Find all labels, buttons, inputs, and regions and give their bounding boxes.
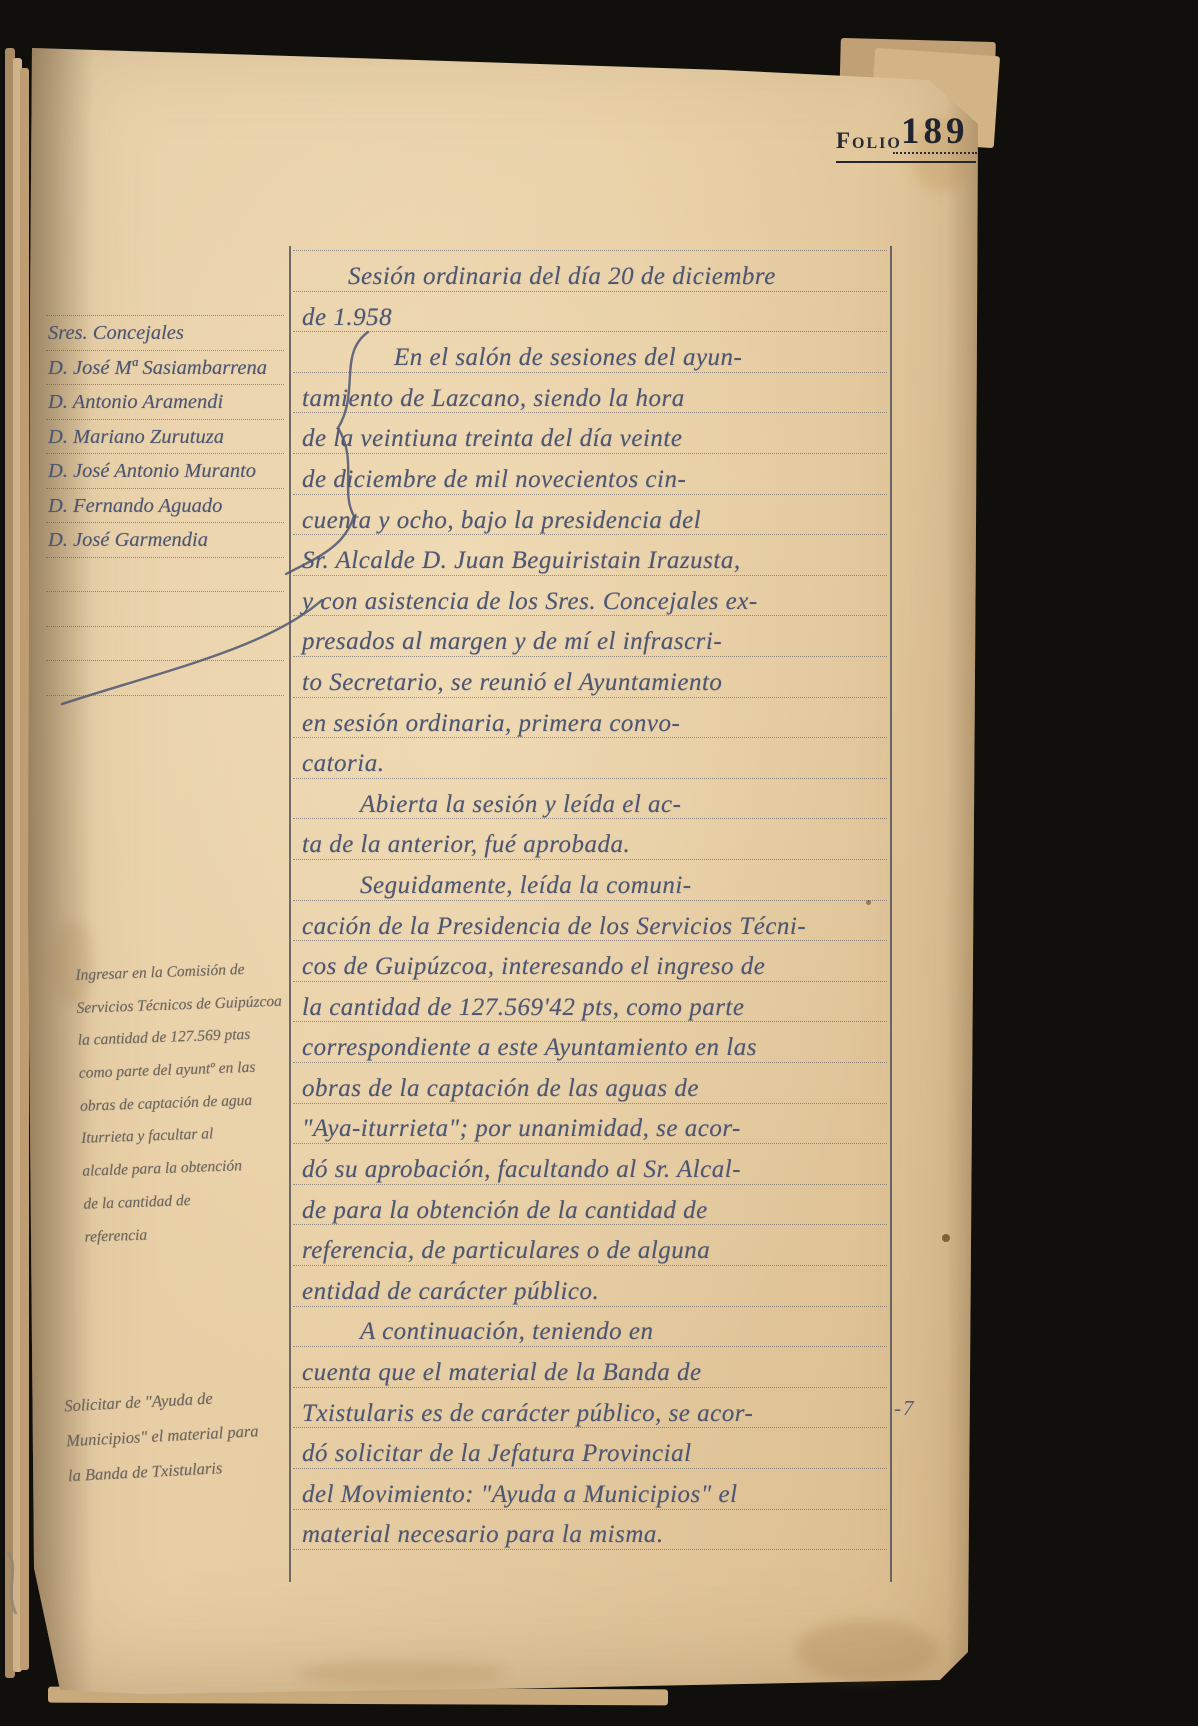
manuscript-line: de la veintiuna treinta del día veinte <box>302 419 890 460</box>
manuscript-line: Sesión ordinaria del día 20 de diciembre <box>302 257 890 298</box>
manuscript-line: Abierta la sesión y leída el ac- <box>302 785 890 826</box>
manuscript-line: to Secretario, se reunió el Ayuntamiento <box>302 663 890 704</box>
manuscript-line: Seguidamente, leída la comuni- <box>302 866 890 907</box>
ruled-dotted-line <box>293 250 887 251</box>
manuscript-line: de diciembre de mil novecientos cin- <box>302 460 890 501</box>
manuscript-line: entidad de carácter público. <box>302 1272 890 1313</box>
manuscript-line: tamiento de Lazcano, siendo la hora <box>302 379 890 420</box>
margin-councilors-list: D. José Mª SasiambarrenaD. Antonio Arame… <box>48 351 294 558</box>
manuscript-line: referencia, de particulares o de alguna <box>302 1231 890 1272</box>
ruled-dotted-line <box>46 695 284 696</box>
ruled-dotted-line <box>46 660 284 661</box>
manuscript-line: "Aya-iturrieta"; por unanimidad, se acor… <box>302 1109 890 1150</box>
manuscript-line: obras de la captación de las aguas de <box>302 1069 890 1110</box>
paper-stain <box>296 1660 506 1686</box>
margin-councilor-name: D. Mariano Zurutuza <box>48 420 294 455</box>
scanned-document-page: { "folio": { "label": "Folio", "number":… <box>0 0 1198 1726</box>
margin-councilors-block: Sres. Concejales D. José Mª Sasiambarren… <box>48 316 294 558</box>
margin-vertical-rule-right <box>890 246 892 1582</box>
manuscript-line: cos de Guipúzcoa, interesando el ingreso… <box>302 947 890 988</box>
manuscript-body: Sesión ordinaria del día 20 de diciembre… <box>302 257 890 1556</box>
manuscript-line: A continuación, teniendo en <box>302 1312 890 1353</box>
page-ref-mark: -7 <box>894 1396 916 1421</box>
manuscript-line: cación de la Presidencia de los Servicio… <box>302 907 890 948</box>
manuscript-line: y con asistencia de los Sres. Concejales… <box>302 582 890 623</box>
manuscript-line: de para la obtención de la cantidad de <box>302 1191 890 1232</box>
ink-speck <box>942 1234 950 1242</box>
margin-councilor-name: D. Fernando Aguado <box>48 489 294 524</box>
margin-councilor-name: D. José Mª Sasiambarrena <box>48 351 294 386</box>
manuscript-line: dó su aprobación, facultando al Sr. Alca… <box>302 1150 890 1191</box>
folio-stamp-number: 189 <box>901 110 969 153</box>
paper-stain <box>796 1620 936 1682</box>
margin-councilor-name: D. José Garmendia <box>48 523 294 558</box>
manuscript-line: dó solicitar de la Jefatura Provincial <box>302 1434 890 1475</box>
margin-councilor-name: D. José Antonio Muranto <box>48 454 294 489</box>
margin-note-banda: Solicitar de "Ayuda deMunicipios" el mat… <box>63 1376 308 1493</box>
manuscript-line: presados al margen y de mí el infrascri- <box>302 622 890 663</box>
manuscript-line: cuenta que el material de la Banda de <box>302 1353 890 1394</box>
manuscript-line: de 1.958 <box>302 298 890 339</box>
book-page-edge <box>20 68 29 1670</box>
ruled-dotted-line <box>46 626 284 627</box>
margin-councilor-name: D. Antonio Aramendi <box>48 385 294 420</box>
manuscript-line: del Movimiento: "Ayuda a Municipios" el <box>302 1475 890 1516</box>
manuscript-line: ta de la anterior, fué aprobada. <box>302 825 890 866</box>
margin-councilors-header: Sres. Concejales <box>48 316 294 351</box>
folio-stamp-label: Folio <box>836 128 902 154</box>
manuscript-line: correspondiente a este Ayuntamiento en l… <box>302 1028 890 1069</box>
margin-note-aguas: Ingresar en la Comisión deServicios Técn… <box>75 952 305 1254</box>
folio-dotted-underline <box>893 152 977 154</box>
manuscript-line: Sr. Alcalde D. Juan Beguiristain Irazust… <box>302 541 890 582</box>
manuscript-line: material necesario para la misma. <box>302 1515 890 1556</box>
manuscript-line: Txistularis es de carácter público, se a… <box>302 1394 890 1435</box>
manuscript-line: cuenta y ocho, bajo la presidencia del <box>302 501 890 542</box>
ruled-dotted-line <box>46 591 284 592</box>
folio-underline <box>836 161 976 163</box>
manuscript-line: En el salón de sesiones del ayun- <box>302 338 890 379</box>
manuscript-line: en sesión ordinaria, primera convo- <box>302 704 890 745</box>
manuscript-line: la cantidad de 127.569'42 pts, como part… <box>302 988 890 1029</box>
manuscript-line: catoria. <box>302 744 890 785</box>
